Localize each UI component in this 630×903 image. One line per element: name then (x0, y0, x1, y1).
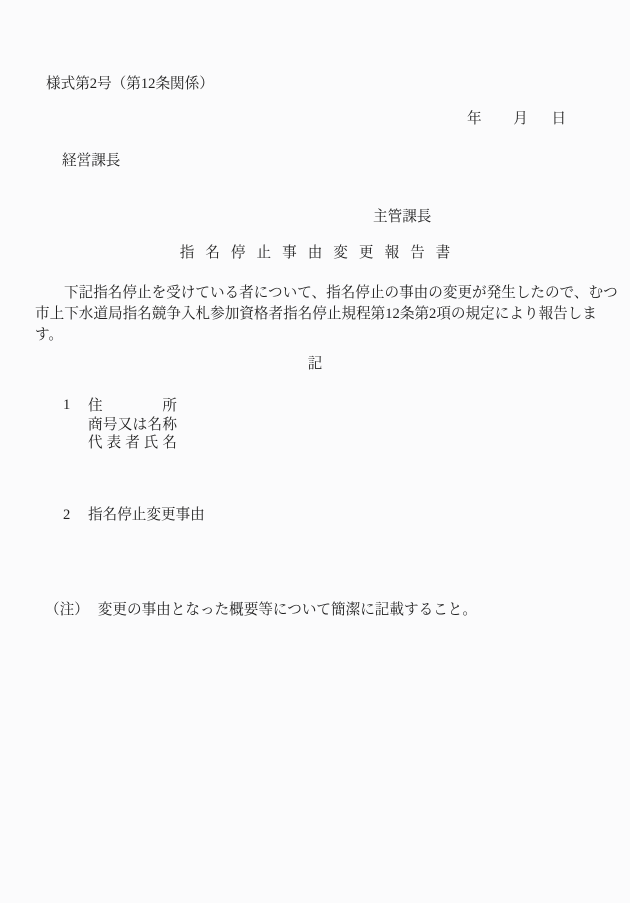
date-month-label: 月 (513, 111, 528, 128)
addressee-management-section-chief: 経営課長 (62, 153, 120, 170)
document-title: 指名停止事由変更報告書 (0, 245, 630, 262)
note-text: 変更の事由となった概要等について簡潔に記載すること。 (98, 602, 477, 618)
body-paragraph: 下記指名停止を受けている者について、指名停止の事由の変更が発生したので、むつ 市… (35, 283, 615, 346)
record-heading: 記 (0, 356, 630, 373)
body-line-1: 下記指名停止を受けている者について、指名停止の事由の変更が発生したので、むつ (35, 283, 615, 304)
item-1-fields: 住所 商号又は名称 代表者氏名 (88, 397, 177, 453)
form-number: 様式第2号（第12条関係） (46, 76, 214, 93)
sender-supervising-section-chief: 主管課長 (373, 209, 431, 226)
date-day-label: 日 (552, 111, 567, 127)
field-label-representative-name: 代表者氏名 (88, 434, 177, 453)
document-page: 様式第2号（第12条関係） 年 月 日 経営課長 主管課長 指名停止事由変更報告… (0, 0, 630, 903)
item-2-number: 2 (63, 507, 70, 524)
date-year-label: 年 (467, 111, 482, 128)
body-line-3: す。 (35, 325, 615, 346)
note-label: （注） (45, 602, 89, 618)
body-line-2: 市上下水道局指名競争入札参加資格者指名停止規程第12条第2項の規定により報告しま (35, 304, 615, 325)
field-label-address: 住所 (88, 397, 177, 416)
field-label-trade-name: 商号又は名称 (88, 416, 177, 435)
item-1-number: 1 (63, 397, 70, 414)
note-line: （注）変更の事由となった概要等について簡潔に記載すること。 (45, 602, 477, 619)
item-2-label: 指名停止変更事由 (88, 507, 205, 524)
date-line: 年 月 日 (467, 111, 566, 128)
